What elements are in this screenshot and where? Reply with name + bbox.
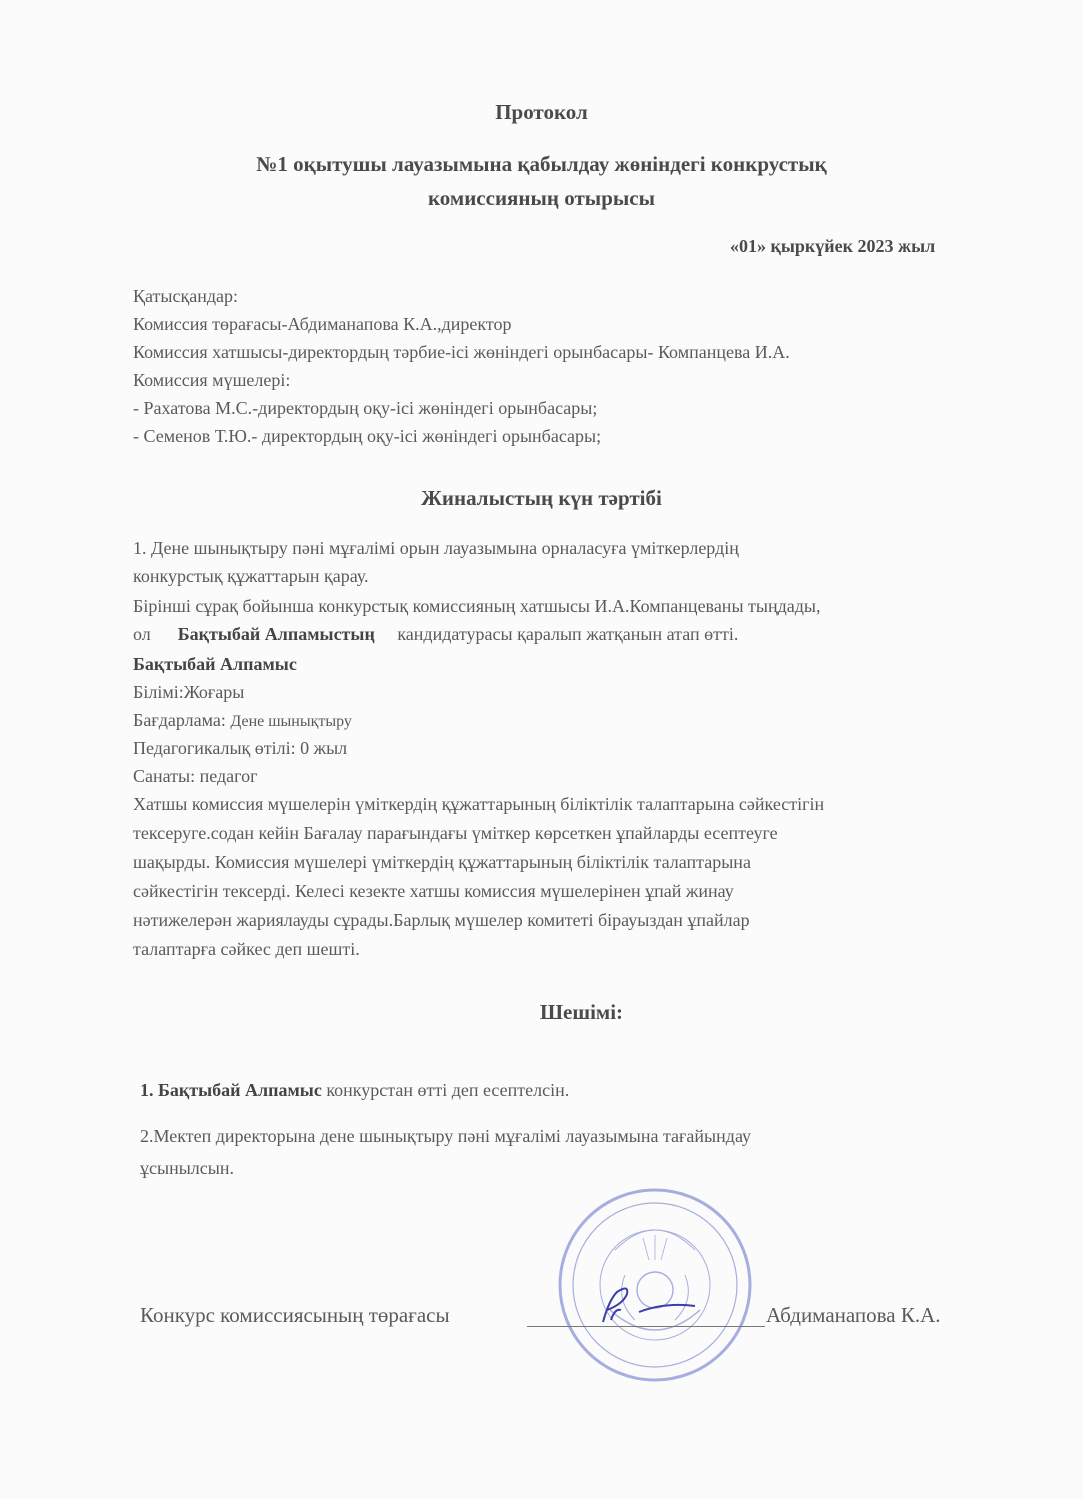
agenda-p2-line: шақырды. Комиссия мүшелері үміткердің құ… bbox=[133, 852, 751, 873]
document-subtitle-line1: №1 оқытушы лауазымына қабылдау жөніндегі… bbox=[60, 152, 1023, 177]
agenda-p2-line: Хатшы комиссия мүшелерін үміткердің құжа… bbox=[133, 794, 824, 815]
candidate-name-bold: Бақтыбай Алпамыстың bbox=[178, 624, 375, 644]
members-label: Комиссия мүшелері: bbox=[133, 370, 290, 391]
decision-item1-rest: конкурстан өтті деп есептелсін. bbox=[326, 1080, 569, 1100]
member-item: - Семенов Т.Ю.- директордың оқу-ісі жөні… bbox=[133, 426, 601, 447]
signature-line bbox=[527, 1326, 765, 1327]
member-item: - Рахатова М.С.-директордың оқу-ісі жөні… bbox=[133, 398, 597, 419]
participants-label: Қатысқандар: bbox=[133, 286, 238, 307]
agenda-p1-line2: ол Бақтыбай Алпамыстың кандидатурасы қар… bbox=[133, 624, 738, 645]
signature-role: Конкурс комиссиясының төрағасы bbox=[140, 1303, 450, 1328]
candidate-experience: Педагогикалық өтілі: 0 жыл bbox=[133, 738, 347, 759]
decision-heading: Шешімі: bbox=[40, 1000, 1083, 1025]
agenda-p1-pre: ол bbox=[133, 624, 151, 644]
candidate-name: Бақтыбай Алпамыс bbox=[133, 654, 297, 675]
signature-name: Абдиманапова К.А. bbox=[766, 1303, 941, 1328]
program-value: Дене шынықтыру bbox=[230, 713, 352, 730]
document-subtitle-line2: комиссияның отырысы bbox=[60, 186, 1023, 211]
agenda-p1-line1: Бірінші сұрақ бойынша конкурстық комисси… bbox=[133, 596, 821, 617]
decision-item2-line2: ұсынылсын. bbox=[140, 1158, 234, 1179]
candidate-name-text: Бақтыбай Алпамыс bbox=[133, 654, 297, 674]
agenda-item1-line1: 1. Дене шынықтыру пәні мұғалімі орын лау… bbox=[133, 538, 739, 559]
agenda-heading: Жиналыстың күн тәртібі bbox=[0, 486, 1083, 511]
document-title: Протокол bbox=[0, 100, 1083, 125]
participant-chair: Комиссия төрағасы-Абдиманапова К.А.,дире… bbox=[133, 314, 512, 335]
agenda-p2-line: талаптарға сәйкес деп шешті. bbox=[133, 939, 360, 960]
program-label: Бағдарлама: bbox=[133, 710, 226, 730]
agenda-item1-line2: конкурстық құжаттарын қарау. bbox=[133, 566, 369, 587]
document-date: «01» қыркүйек 2023 жыл bbox=[730, 236, 935, 257]
agenda-p1-post: кандидатурасы қаралып жатқанын атап өтті… bbox=[397, 624, 738, 644]
participant-secretary: Комиссия хатшысы-директордың тәрбие-ісі … bbox=[133, 342, 790, 363]
decision-item1: 1. Бақтыбай Алпамыс конкурстан өтті деп … bbox=[140, 1080, 569, 1101]
candidate-education: Білімі:Жоғары bbox=[133, 682, 244, 703]
candidate-category: Санаты: педагог bbox=[133, 766, 257, 787]
agenda-p2-line: сәйкестігін тексерді. Келесі кезекте хат… bbox=[133, 881, 734, 902]
signature-icon bbox=[595, 1280, 705, 1330]
candidate-program: Бағдарлама: Дене шынықтыру bbox=[133, 710, 352, 731]
agenda-p2-line: нәтижелерән жариялауды сұрады.Барлық мүш… bbox=[133, 910, 750, 931]
agenda-p2-line: тексеруге.содан кейін Бағалау парағындағ… bbox=[133, 823, 778, 844]
decision-item1-bold: 1. Бақтыбай Алпамыс bbox=[140, 1080, 322, 1100]
decision-item2-line1: 2.Мектеп директорына дене шынықтыру пәні… bbox=[140, 1126, 751, 1147]
